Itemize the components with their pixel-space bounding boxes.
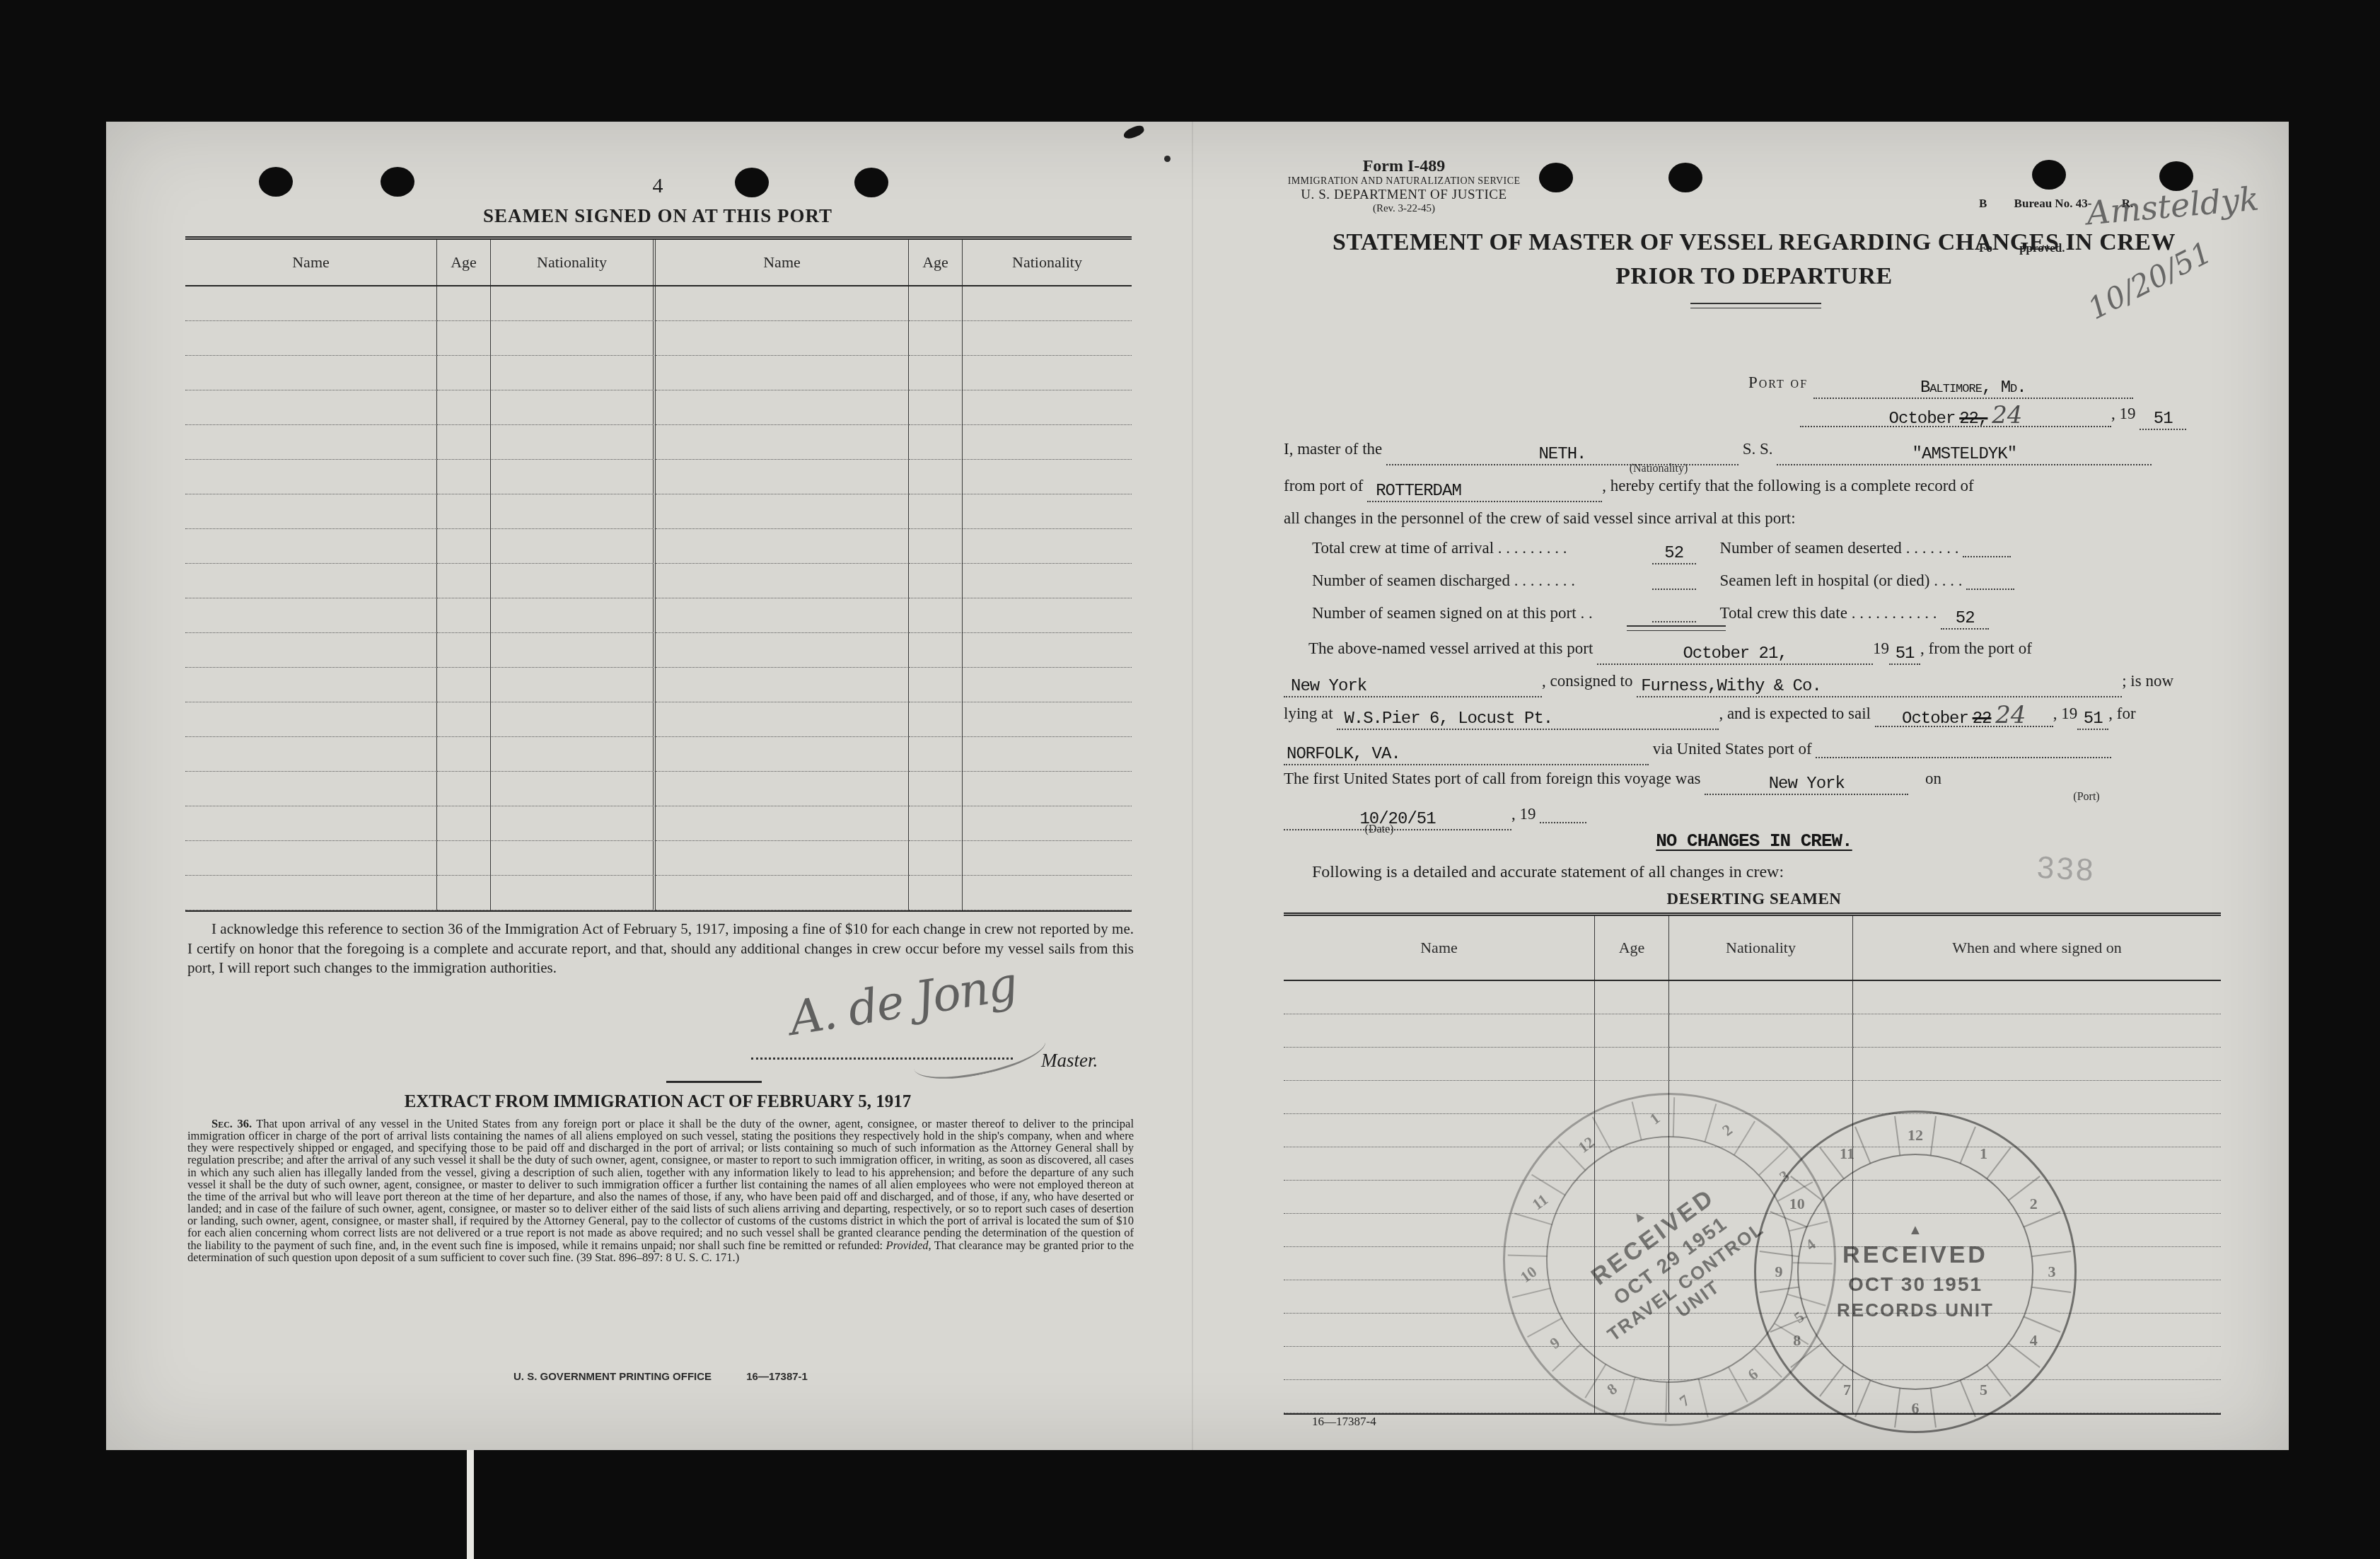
gpo-office: U. S. GOVERNMENT PRINTING OFFICE (513, 1371, 712, 1383)
stamp-tick (1760, 1287, 1799, 1293)
empty-cell (963, 529, 1132, 564)
deserting-seamen-title: DESERTING SEAMEN (1284, 890, 2224, 908)
empty-cell (185, 737, 437, 772)
via-port-blank (1816, 737, 2111, 758)
from-port-suffix: , hereby certify that the following is a… (1602, 477, 1974, 494)
empty-cell (656, 668, 909, 702)
first-port-blank: New York (1705, 774, 1908, 795)
stamp-clock-number: 11 (1839, 1144, 1856, 1164)
dot-leader: . . . . . . . . . . . (1852, 604, 1937, 622)
empty-cell (656, 529, 909, 564)
empty-cell (963, 772, 1132, 806)
stamp-tick (1854, 1127, 1871, 1164)
empty-cell (185, 772, 437, 806)
first-port-text: , 19 (1511, 805, 1536, 823)
empty-cell (437, 286, 491, 321)
dot-leader: . . . . . . . (1906, 539, 1959, 557)
empty-cell (491, 841, 656, 876)
empty-cell (909, 772, 963, 806)
empty-cell (437, 356, 491, 390)
column-header: When and where signed on (1853, 916, 2221, 980)
table-empty-row (185, 321, 1132, 356)
port-of-label: Port of (1748, 373, 1808, 391)
arrival-text: , consigned to (1542, 672, 1632, 690)
stamp-tick (1760, 1251, 1799, 1257)
empty-cell (437, 841, 491, 876)
arrival-text: 19 (1873, 639, 1889, 657)
stamp-clock-number: 11 (1527, 1189, 1552, 1215)
arrival-line-1: The above-named vessel arrived at this p… (1308, 639, 2032, 665)
extract-title: EXTRACT FROM IMMIGRATION ACT OF FEBRUARY… (198, 1092, 1118, 1112)
lying-at-value: W.S.Pier 6, Locust Pt. (1344, 709, 1552, 729)
column-header: Nationality (491, 240, 656, 285)
port-of-value: Baltimore, Md. (1920, 378, 2026, 398)
column-header: Nationality (963, 240, 1132, 285)
extract-provided: Provided, (886, 1239, 931, 1252)
empty-cell (963, 494, 1132, 529)
table-empty-row (185, 494, 1132, 529)
stamp-clock-number: 2 (1714, 1117, 1740, 1143)
empty-cell (656, 494, 909, 529)
stamp-center: ▲ RECEIVED OCT 30 1951 RECORDS UNIT (1797, 1154, 2033, 1390)
form-title-line2: PRIOR TO DEPARTURE (1284, 263, 2224, 290)
date-struck-value: 22, (1959, 410, 1987, 429)
first-port-text: on (1925, 770, 1941, 787)
column-header: Age (437, 240, 491, 285)
ss-label: S. S. (1743, 440, 1773, 458)
empty-cell (1853, 1081, 2221, 1114)
stamp-clock-number: 1 (1975, 1144, 1992, 1164)
stamp-tick (1664, 1382, 1666, 1422)
stat-blank (1652, 569, 1696, 590)
column-header: Nationality (1669, 916, 1853, 980)
page-number: 4 (640, 174, 675, 198)
arrival-port-blank: New York (1284, 676, 1542, 697)
stat-label: Number of seamen discharged (1312, 572, 1510, 589)
date-year-value: 51 (2154, 410, 2173, 429)
stamp-clock-number: 7 (1839, 1380, 1856, 1400)
table-empty-row (1284, 1014, 2221, 1048)
stat-blank: 52 (1652, 543, 1696, 564)
punch-hole (381, 167, 414, 197)
stamp-clock-number: 12 (1574, 1132, 1599, 1158)
empty-cell (1595, 1014, 1669, 1048)
empty-cell (909, 494, 963, 529)
empty-cell (963, 668, 1132, 702)
empty-cell (909, 460, 963, 494)
empty-cell (963, 564, 1132, 598)
stamp-clock-number: 9 (1770, 1262, 1787, 1282)
stat-label: Number of seamen deserted (1720, 539, 1902, 557)
stat-blank (1963, 536, 2011, 557)
empty-cell (656, 321, 909, 356)
stamp-clock-number: 10 (1789, 1194, 1806, 1214)
from-port-value: ROTTERDAM (1376, 482, 1461, 501)
empty-cell (656, 286, 909, 321)
section-lead: Sec. 36. (211, 1117, 252, 1130)
empty-cell (1284, 981, 1595, 1014)
empty-cell (185, 841, 437, 876)
sail-handwritten-value: 24 (1995, 701, 2026, 729)
dot-leader: . . . . . . . . (1514, 572, 1575, 589)
table-empty-row (185, 876, 1132, 910)
empty-cell (437, 772, 491, 806)
sail-struck-value: 22 (1973, 709, 1992, 729)
divider-rule (666, 1081, 762, 1083)
stats-row-1: Total crew at time of arrival . . . . . … (1312, 536, 2011, 564)
empty-cell (963, 286, 1132, 321)
gpo-footer: U. S. GOVERNMENT PRINTING OFFICE 16—1738… (187, 1371, 1134, 1383)
empty-cell (656, 806, 909, 841)
empty-cell (1284, 1380, 1595, 1413)
empty-cell (656, 772, 909, 806)
empty-cell (963, 460, 1132, 494)
stat-value: 52 (1956, 609, 1975, 628)
empty-cell (963, 321, 1132, 356)
punch-hole (735, 168, 769, 197)
stamp-tick (1672, 1097, 1674, 1137)
stamp-clock-number: 2 (2025, 1194, 2042, 1214)
empty-cell (437, 737, 491, 772)
stamp-tick (1894, 1388, 1900, 1427)
empty-cell (491, 494, 656, 529)
empty-cell (963, 841, 1132, 876)
arrival-line-2: New York, consigned to Furness,Withy & C… (1284, 672, 2173, 697)
scan-artifact (467, 1450, 474, 1559)
arrow-icon: ▲ (1908, 1223, 1922, 1237)
sail-date-blank: October 22 24 (1875, 706, 2053, 727)
empty-cell (656, 841, 909, 876)
stamp-tick (1960, 1127, 1976, 1164)
first-port-value: New York (1769, 775, 1845, 794)
form-revision: (Rev. 3-22-45) (1270, 203, 1538, 215)
stamp-tick (1704, 1103, 1717, 1142)
arrival-text: lying at (1284, 705, 1333, 722)
empty-cell (185, 494, 437, 529)
arrival-date-value: October 21, (1683, 644, 1787, 663)
from-port-label: from port of (1284, 477, 1363, 494)
stamp-clock-number: 6 (1907, 1398, 1924, 1418)
extract-text-1: That upon arrival of any vessel in the U… (187, 1117, 1134, 1252)
empty-cell (963, 876, 1132, 910)
empty-cell (1284, 1114, 1595, 1147)
empty-cell (1595, 981, 1669, 1014)
stamp-tick (2024, 1211, 2061, 1227)
empty-cell (491, 876, 656, 910)
form-footer-number: 16—17387-4 (1312, 1415, 1376, 1429)
dot-leader: . . (1580, 604, 1592, 622)
empty-cell (1284, 1081, 1595, 1114)
column-header: Name (1284, 916, 1595, 980)
empty-cell (437, 876, 491, 910)
table-empty-row (185, 460, 1132, 494)
scanned-document: 4 SEAMEN SIGNED ON AT THIS PORT Name Age… (0, 0, 2380, 1559)
stats-divider (1627, 625, 1726, 631)
empty-cell (491, 529, 656, 564)
stamp-tick (1511, 1287, 1550, 1298)
form-header-block: Form I-489 IMMIGRATION AND NATURALIZATIO… (1270, 157, 1538, 215)
punch-hole (2159, 161, 2193, 191)
empty-cell (909, 425, 963, 460)
empty-cell (491, 286, 656, 321)
arrival-date-blank: October 21, (1597, 644, 1873, 665)
document-spread: 4 SEAMEN SIGNED ON AT THIS PORT Name Age… (106, 122, 2289, 1450)
empty-cell (437, 494, 491, 529)
first-port-text: The first United States port of call fro… (1284, 770, 1701, 787)
stamp-tick (1854, 1380, 1871, 1418)
empty-cell (491, 702, 656, 737)
port-of-blank: Baltimore, Md. (1813, 378, 2133, 399)
nationality-value: NETH. (1538, 445, 1586, 464)
cert-continuation-line: all changes in the personnel of the crew… (1284, 509, 1796, 528)
table-empty-row (185, 772, 1132, 806)
empty-cell (491, 390, 656, 425)
empty-cell (185, 460, 437, 494)
stamp-clock-number: 4 (2025, 1331, 2042, 1350)
arrival-text: ; is now (2122, 672, 2173, 690)
table-empty-row (185, 564, 1132, 598)
column-header: Age (1595, 916, 1669, 980)
empty-cell (437, 564, 491, 598)
empty-cell (185, 286, 437, 321)
date-year-label: , 19 (2111, 405, 2136, 422)
empty-cell (909, 564, 963, 598)
empty-cell (491, 321, 656, 356)
stamp-clock-number: 8 (1599, 1376, 1625, 1402)
empty-cell (963, 425, 1132, 460)
table-empty-row (185, 598, 1132, 633)
gpo-number: 16—17387-1 (746, 1371, 808, 1383)
left-section-title: SEAMEN SIGNED ON AT THIS PORT (198, 205, 1118, 227)
table-empty-row (1284, 1048, 2221, 1081)
arrival-year-blank: 51 (1889, 644, 1920, 665)
destination-value: NORFOLK, VA. (1287, 745, 1400, 764)
empty-cell (909, 633, 963, 668)
table-header-row: Name Age Nationality Name Age Nationalit… (185, 240, 1132, 286)
stamp-tick (1584, 1364, 1606, 1398)
empty-cell (437, 702, 491, 737)
column-header: Name (185, 240, 437, 285)
stamp-clock-number: 3 (2043, 1262, 2060, 1282)
punch-hole (2032, 160, 2066, 190)
stamp-tick (1631, 1101, 1642, 1140)
table-body (185, 286, 1132, 910)
stamp-clock-number: 6 (1740, 1361, 1765, 1387)
stamp-clock-number: 5 (1975, 1380, 1992, 1400)
table-empty-row (185, 702, 1132, 737)
table-empty-row (185, 286, 1132, 321)
port-of-line: Port of Baltimore, Md. (1748, 373, 2133, 399)
empty-cell (1669, 981, 1853, 1014)
table-empty-row (185, 425, 1132, 460)
master-line: I, master of the NETH. S. S. "AMSTELDYK" (1284, 440, 2152, 465)
table-empty-row (1284, 1081, 2221, 1114)
agency-name: IMMIGRATION AND NATURALIZATION SERVICE (1270, 176, 1538, 187)
empty-cell (437, 425, 491, 460)
form-date-blank: October 22, 24 (1800, 406, 2111, 427)
empty-cell (437, 390, 491, 425)
table-empty-row (185, 529, 1132, 564)
empty-cell (909, 737, 963, 772)
empty-cell (491, 460, 656, 494)
consignee-value: Furness,Withy & Co. (1641, 677, 1821, 696)
destination-blank: NORFOLK, VA. (1284, 744, 1649, 765)
stamp-tick (1514, 1212, 1552, 1225)
empty-cell (909, 321, 963, 356)
department-name: U. S. DEPARTMENT OF JUSTICE (1270, 187, 1538, 203)
stamp-unit-line1: RECORDS UNIT (1837, 1299, 1994, 1321)
table-empty-row (185, 668, 1132, 702)
lying-at-blank: W.S.Pier 6, Locust Pt. (1337, 709, 1719, 730)
empty-cell (185, 321, 437, 356)
arrival-year-value: 51 (1896, 644, 1915, 663)
empty-cell (437, 633, 491, 668)
empty-cell (656, 737, 909, 772)
stat-blank: 52 (1941, 608, 1989, 630)
stat-blank (1652, 601, 1696, 622)
empty-cell (909, 876, 963, 910)
arrival-line-3: lying at W.S.Pier 6, Locust Pt., and is … (1284, 705, 2136, 730)
form-number: Form I-489 (1270, 157, 1538, 176)
arrival-port-value: New York (1291, 677, 1366, 696)
stamp-clock-number: 12 (1907, 1125, 1924, 1145)
page-stamp-number: 338 (2036, 850, 2096, 888)
empty-cell (1669, 1014, 1853, 1048)
empty-cell (963, 737, 1132, 772)
empty-cell (963, 633, 1132, 668)
no-changes-text: NO CHANGES IN CREW. (1656, 830, 1852, 852)
empty-cell (1669, 1048, 1853, 1081)
arrow-icon: ▲ (1629, 1207, 1649, 1227)
form-date-line: October 22, 24, 19 51 (1800, 405, 2186, 430)
arrival-text: , for (2108, 705, 2135, 722)
consignee-blank: Furness,Withy & Co. (1637, 676, 2122, 697)
nationality-caption: (Nationality) (1588, 463, 1729, 475)
stamp-date: OCT 30 1951 (1848, 1273, 1983, 1296)
table-empty-row (185, 841, 1132, 876)
stamp-clock-number: 7 (1672, 1388, 1697, 1414)
punch-hole (1539, 163, 1573, 192)
empty-cell (909, 390, 963, 425)
master-label: Master. (1041, 1050, 1098, 1072)
arrival-text: , 19 (2053, 705, 2078, 722)
first-port-year-blank (1540, 802, 1586, 823)
empty-cell (656, 876, 909, 910)
arrival-text: via United States port of (1653, 740, 1812, 758)
arrival-text: , from the port of (1920, 639, 2032, 657)
stamp-tick (1930, 1116, 1937, 1156)
empty-cell (437, 460, 491, 494)
stamp-word: RECEIVED (1842, 1241, 1988, 1269)
empty-cell (1853, 1014, 2221, 1048)
stamp-clock-number: 8 (1789, 1331, 1806, 1350)
seamen-signed-on-table: Name Age Nationality Name Age Nationalit… (185, 236, 1132, 912)
table-empty-row (185, 737, 1132, 772)
punch-hole (1668, 163, 1702, 192)
empty-cell (185, 390, 437, 425)
dot-leader: . . . . . . . . . (1498, 539, 1567, 557)
empty-cell (491, 806, 656, 841)
port-caption: (Port) (2016, 791, 2157, 804)
from-port-line: from port of ROTTERDAM, hereby certify t… (1284, 477, 1974, 502)
empty-cell (491, 598, 656, 633)
stat-label: Total crew at time of arrival (1312, 539, 1494, 557)
table-empty-row (185, 806, 1132, 841)
empty-cell (185, 633, 437, 668)
column-header: Name (656, 240, 909, 285)
empty-cell (1284, 1048, 1595, 1081)
stamp-tick (1894, 1116, 1900, 1156)
stamp-clock-number: 1 (1642, 1106, 1668, 1132)
table-empty-row (185, 356, 1132, 390)
stamp-tick (2031, 1251, 2071, 1257)
first-port-line-1: The first United States port of call fro… (1284, 770, 1941, 795)
empty-cell (1284, 1014, 1595, 1048)
stat-value: 52 (1664, 544, 1683, 563)
title-underline (1690, 303, 1821, 308)
empty-cell (437, 529, 491, 564)
arrival-line-4: NORFOLK, VA. via United States port of (1284, 737, 2111, 765)
stamp-tick (1697, 1379, 1708, 1418)
sail-month-value: October (1902, 709, 1968, 729)
stat-blank (1966, 569, 2014, 590)
extract-paragraph: Sec. 36. That upon arrival of any vessel… (187, 1118, 1134, 1263)
empty-cell (909, 668, 963, 702)
page-gutter (1192, 122, 1193, 1450)
no-changes-line: NO CHANGES IN CREW. (1284, 830, 2224, 852)
signature-line (751, 1057, 1013, 1060)
from-port-blank: ROTTERDAM (1367, 481, 1602, 502)
empty-cell (909, 286, 963, 321)
form-title-line1: STATEMENT OF MASTER OF VESSEL REGARDING … (1284, 229, 2224, 256)
empty-cell (491, 737, 656, 772)
empty-cell (963, 806, 1132, 841)
empty-cell (185, 564, 437, 598)
empty-cell (963, 356, 1132, 390)
empty-cell (656, 598, 909, 633)
punch-hole (854, 168, 888, 197)
empty-cell (656, 425, 909, 460)
empty-cell (656, 460, 909, 494)
signature-flourish (910, 1022, 1049, 1088)
empty-cell (491, 564, 656, 598)
table-empty-row (185, 390, 1132, 425)
stamp-unit: RECORDS UNIT (1837, 1300, 1994, 1321)
column-header: Age (909, 240, 963, 285)
empty-cell (491, 668, 656, 702)
empty-cell (437, 598, 491, 633)
empty-cell (909, 356, 963, 390)
empty-cell (185, 529, 437, 564)
ink-dot (1164, 156, 1171, 162)
stamp-clock-number: 9 (1542, 1330, 1567, 1356)
empty-cell (656, 356, 909, 390)
master-prefix: I, master of the (1284, 440, 1382, 458)
punch-hole (259, 167, 293, 197)
empty-cell (491, 425, 656, 460)
table-header-row: Name Age Nationality When and where sign… (1284, 916, 2221, 981)
stamp-tick (1960, 1380, 1976, 1418)
empty-cell (909, 598, 963, 633)
received-stamp-records-unit: ▲ RECEIVED OCT 30 1951 RECORDS UNIT 1212… (1754, 1111, 2077, 1433)
stamp-tick (2031, 1287, 2071, 1293)
date-handwritten-value: 24 (1992, 401, 2022, 429)
empty-cell (185, 702, 437, 737)
empty-cell (491, 356, 656, 390)
stats-row-2: Number of seamen discharged . . . . . . … (1312, 569, 2014, 590)
empty-cell (963, 598, 1132, 633)
empty-cell (437, 668, 491, 702)
